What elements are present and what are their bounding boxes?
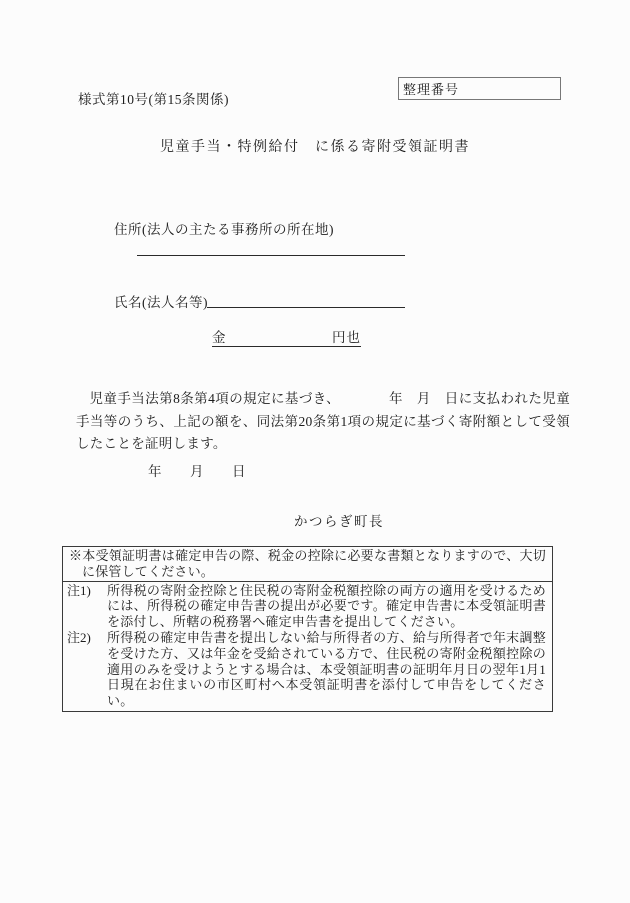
issuer-name: かつらぎ町長	[294, 510, 384, 530]
note-1-label: 注1)	[67, 583, 107, 599]
note-1-text: 所得税の寄附金控除と住民税の寄附金税額控除の両方の適用を受けるためには、所得税の…	[107, 583, 546, 630]
keep-safe-notice: ※本受領証明書は確定申告の際、税金の控除に必要な書類となりますので、大切に保管し…	[69, 548, 546, 580]
reference-number-value-field[interactable]	[459, 78, 556, 99]
notes-box: ※本受領証明書は確定申告の際、税金の控除に必要な書類となりますので、大切に保管し…	[62, 546, 553, 712]
reference-number-label: 整理番号	[403, 79, 459, 98]
issue-date-line[interactable]: 年 月 日	[148, 460, 246, 480]
name-input-line[interactable]	[207, 287, 405, 308]
amount-prefix-label: 金	[212, 326, 227, 346]
note-2-text: 所得税の確定申告書を提出しない給与所得者の方、給与所得者で年末調整を受けた方、又…	[107, 630, 546, 709]
note-2-label: 注2)	[67, 630, 107, 646]
reference-number-box: 整理番号	[398, 77, 561, 100]
name-label: 氏名(法人名等)	[114, 291, 208, 311]
certification-statement: 児童手当法第8条第4項の規定に基づき、 年 月 日に支払われた児童手当等のうち、…	[76, 388, 570, 456]
address-input-line[interactable]	[137, 235, 405, 256]
amount-suffix-label: 円也	[332, 326, 361, 346]
notes-cell: 注1) 所得税の寄附金控除と住民税の寄附金税額控除の両方の適用を受けるためには、…	[63, 582, 552, 711]
document-title: 児童手当・特例給付 に係る寄附受領証明書	[0, 136, 630, 156]
donation-receipt-form-page: 様式第10号(第15条関係) 整理番号 児童手当・特例給付 に係る寄附受領証明書…	[0, 0, 630, 903]
note-item-2: 注2) 所得税の確定申告書を提出しない給与所得者の方、給与所得者で年末調整を受け…	[67, 630, 546, 709]
amount-line: 金 円也	[212, 329, 361, 347]
form-number: 様式第10号(第15条関係)	[78, 88, 229, 108]
note-item-1: 注1) 所得税の寄附金控除と住民税の寄附金税額控除の両方の適用を受けるためには、…	[67, 583, 546, 630]
notice-cell: ※本受領証明書は確定申告の際、税金の控除に必要な書類となりますので、大切に保管し…	[63, 547, 552, 582]
